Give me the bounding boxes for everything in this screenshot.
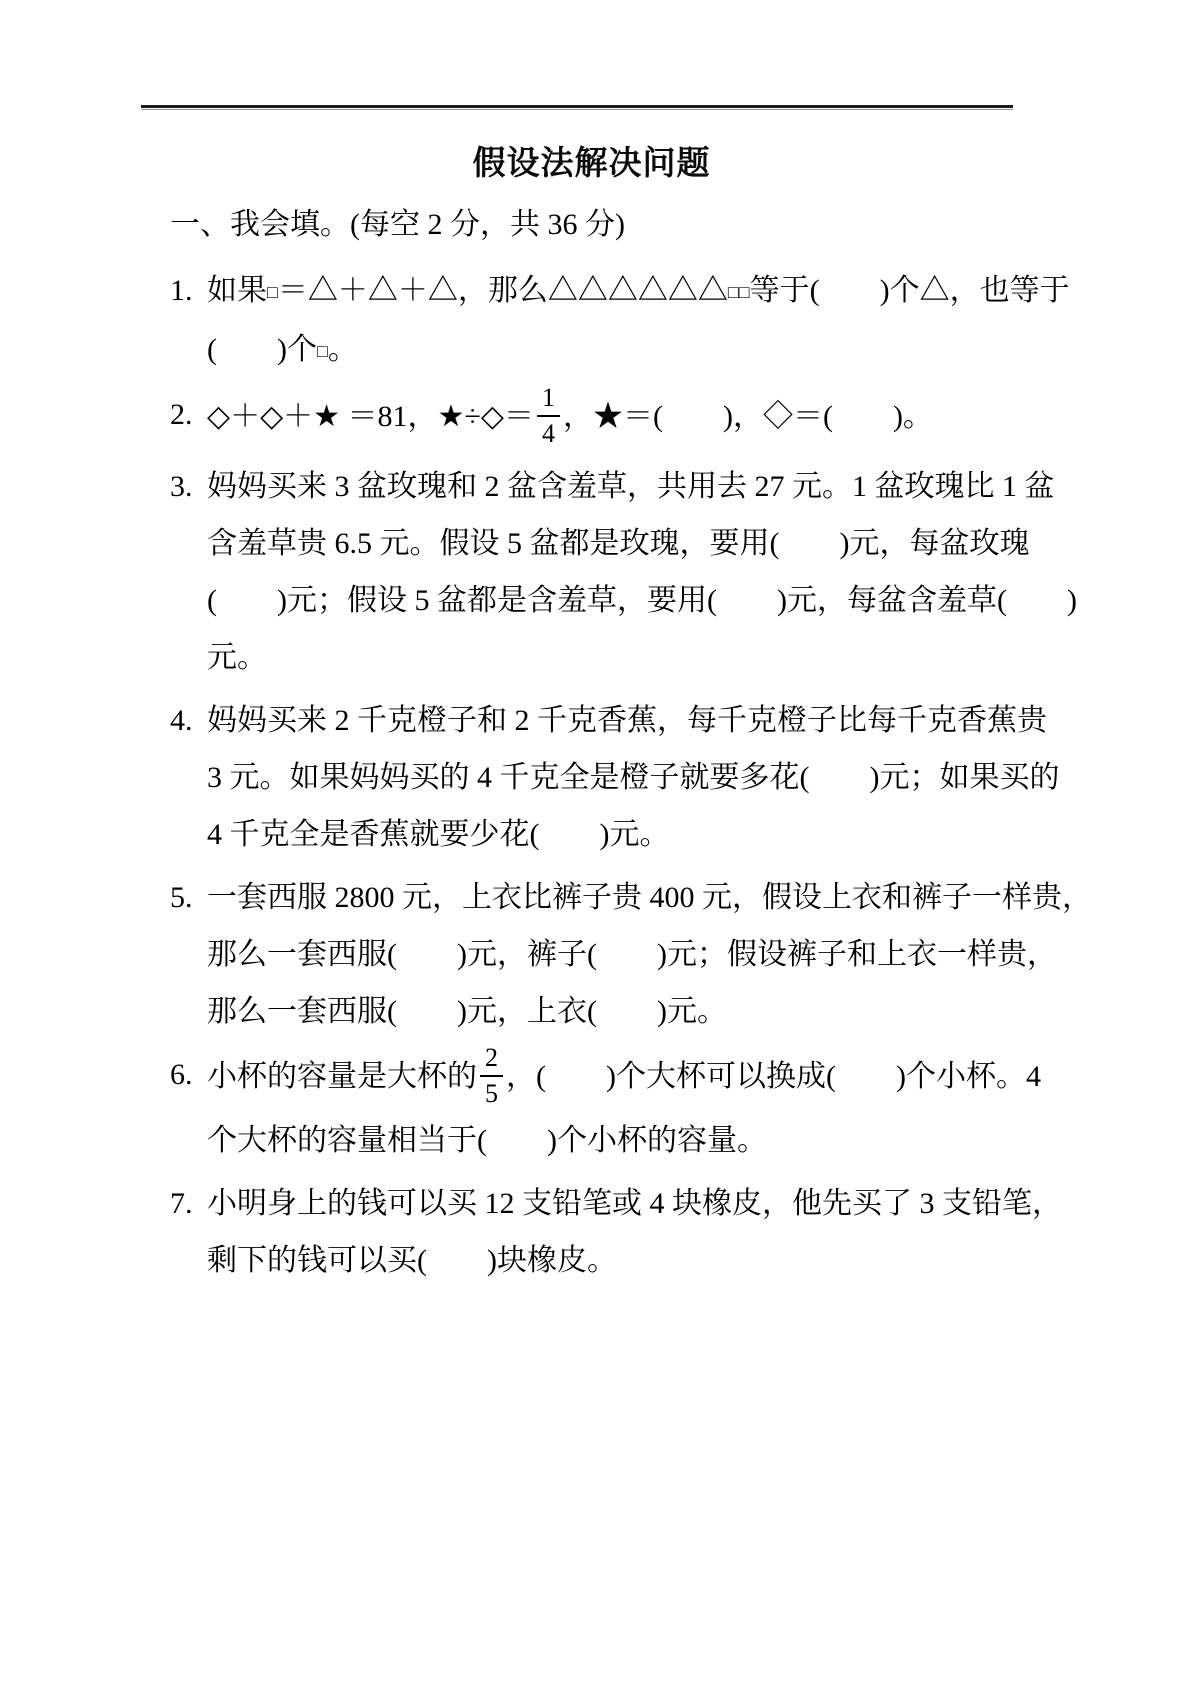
question-line: 那么一套西服( )元，裤子( )元；假设裤子和上衣一样贵， — [207, 926, 1013, 983]
question-line: 含羞草贵 6.5 元。假设 5 盆都是玫瑰，要用( )元，每盆玫瑰 — [207, 515, 1013, 572]
question-number: 5. — [170, 869, 207, 1040]
question-text: ( )个 — [207, 333, 317, 366]
question-number: 7. — [170, 1175, 207, 1289]
question-number: 1. — [170, 262, 207, 380]
question-line: 3 元。如果妈妈买的 4 千克全是橙子就要多花( )元；如果买的 — [207, 749, 1013, 806]
question-text: 元。 — [207, 641, 267, 674]
question-text: 等于( )个△，也等于 — [750, 274, 1070, 307]
question: 6.小杯的容量是大杯的25，( )个大杯可以换成( )个小杯。4个大杯的容量相当… — [170, 1046, 1013, 1169]
question-text: 个大杯的容量相当于( )个小杯的容量。 — [207, 1124, 767, 1157]
question-line: 如果□＝△＋△＋△，那么△△△△△△□□等于( )个△，也等于 — [207, 262, 1013, 321]
question-text: 那么一套西服( )元，上衣( )元。 — [207, 995, 727, 1028]
worksheet-page: 假设法解决问题 一、我会填。(每空 2 分，共 36 分) 1.如果□＝△＋△＋… — [0, 0, 1191, 1684]
question-number: 3. — [170, 458, 207, 686]
question-text: 妈妈买来 2 千克橙子和 2 千克香蕉，每千克橙子比每千克香蕉贵 — [207, 704, 1047, 737]
question: 1.如果□＝△＋△＋△，那么△△△△△△□□等于( )个△，也等于( )个□。 — [170, 262, 1013, 380]
question: 7.小明身上的钱可以买 12 支铅笔或 4 块橡皮，他先买了 3 支铅笔，剩下的… — [170, 1175, 1013, 1289]
question-text: ＝△＋△＋△，那么△△△△△△ — [278, 274, 728, 307]
question-text: 。 — [328, 333, 358, 366]
question-text: 如果 — [207, 274, 267, 307]
question-line: 一套西服 2800 元，上衣比裤子贵 400 元，假设上衣和裤子一样贵， — [207, 869, 1013, 926]
fraction: 14 — [537, 383, 560, 449]
fraction-numerator: 1 — [537, 383, 560, 415]
question-text: 剩下的钱可以买( )块橡皮。 — [207, 1244, 617, 1277]
question-body: 小杯的容量是大杯的25，( )个大杯可以换成( )个小杯。4个大杯的容量相当于(… — [207, 1046, 1013, 1169]
question-text: 含羞草贵 6.5 元。假设 5 盆都是玫瑰，要用( )元，每盆玫瑰 — [207, 527, 1029, 560]
question-line: ◇＋◇＋★ ＝81，★÷◇＝14，★＝( )，◇＝( )。 — [207, 386, 1013, 452]
question-body: 如果□＝△＋△＋△，那么△△△△△△□□等于( )个△，也等于( )个□。 — [207, 262, 1013, 380]
question-text: ，( )个大杯可以换成( )个小杯。4 — [506, 1060, 1041, 1093]
question-text: ◇＋◇＋★ ＝81，★÷◇＝ — [207, 400, 534, 433]
header-rule — [141, 105, 1013, 110]
small-square-symbol: □ — [739, 282, 750, 302]
page-title: 假设法解决问题 — [170, 140, 1013, 186]
fraction-denominator: 5 — [480, 1075, 503, 1109]
question-text: ( )元；假设 5 盆都是含羞草，要用( )元，每盆含羞草( ) — [207, 584, 1077, 617]
fraction: 25 — [480, 1043, 503, 1109]
small-square-symbol: □ — [267, 282, 278, 302]
question-line: 小杯的容量是大杯的25，( )个大杯可以换成( )个小杯。4 — [207, 1046, 1013, 1112]
fraction-denominator: 4 — [537, 415, 560, 449]
question-text: ，★＝( )，◇＝( )。 — [563, 400, 933, 433]
small-square-symbol: □ — [728, 282, 739, 302]
question-list: 1.如果□＝△＋△＋△，那么△△△△△△□□等于( )个△，也等于( )个□。2… — [170, 262, 1013, 1289]
question-line: 妈妈买来 3 盆玫瑰和 2 盆含羞草，共用去 27 元。1 盆玫瑰比 1 盆 — [207, 458, 1013, 515]
question-body: ◇＋◇＋★ ＝81，★÷◇＝14，★＝( )，◇＝( )。 — [207, 386, 1013, 452]
question-line: 那么一套西服( )元，上衣( )元。 — [207, 983, 1013, 1040]
section-heading: 一、我会填。(每空 2 分，共 36 分) — [170, 202, 1013, 248]
question-text: 妈妈买来 3 盆玫瑰和 2 盆含羞草，共用去 27 元。1 盆玫瑰比 1 盆 — [207, 470, 1055, 503]
question-text: 3 元。如果妈妈买的 4 千克全是橙子就要多花( )元；如果买的 — [207, 761, 1059, 794]
question-body: 小明身上的钱可以买 12 支铅笔或 4 块橡皮，他先买了 3 支铅笔，剩下的钱可… — [207, 1175, 1013, 1289]
question-line: ( )元；假设 5 盆都是含羞草，要用( )元，每盆含羞草( ) — [207, 572, 1013, 629]
question: 5.一套西服 2800 元，上衣比裤子贵 400 元，假设上衣和裤子一样贵，那么… — [170, 869, 1013, 1040]
fraction-numerator: 2 — [480, 1043, 503, 1075]
question-line: 元。 — [207, 629, 1013, 686]
question-text: 小杯的容量是大杯的 — [207, 1060, 477, 1093]
question-line: 4 千克全是香蕉就要少花( )元。 — [207, 806, 1013, 863]
question-number: 2. — [170, 386, 207, 452]
question-body: 妈妈买来 3 盆玫瑰和 2 盆含羞草，共用去 27 元。1 盆玫瑰比 1 盆含羞… — [207, 458, 1013, 686]
question: 3.妈妈买来 3 盆玫瑰和 2 盆含羞草，共用去 27 元。1 盆玫瑰比 1 盆… — [170, 458, 1013, 686]
question: 4.妈妈买来 2 千克橙子和 2 千克香蕉，每千克橙子比每千克香蕉贵3 元。如果… — [170, 692, 1013, 863]
question-line: 个大杯的容量相当于( )个小杯的容量。 — [207, 1112, 1013, 1169]
small-square-symbol: □ — [317, 341, 328, 361]
question-line: 剩下的钱可以买( )块橡皮。 — [207, 1232, 1013, 1289]
question-text: 一套西服 2800 元，上衣比裤子贵 400 元，假设上衣和裤子一样贵， — [207, 881, 1092, 914]
question-text: 4 千克全是香蕉就要少花( )元。 — [207, 818, 669, 851]
question-text: 小明身上的钱可以买 12 支铅笔或 4 块橡皮，他先买了 3 支铅笔， — [207, 1187, 1062, 1220]
question-body: 一套西服 2800 元，上衣比裤子贵 400 元，假设上衣和裤子一样贵，那么一套… — [207, 869, 1013, 1040]
question-number: 6. — [170, 1046, 207, 1169]
question-text: 那么一套西服( )元，裤子( )元；假设裤子和上衣一样贵， — [207, 938, 1057, 971]
question: 2.◇＋◇＋★ ＝81，★÷◇＝14，★＝( )，◇＝( )。 — [170, 386, 1013, 452]
question-line: 妈妈买来 2 千克橙子和 2 千克香蕉，每千克橙子比每千克香蕉贵 — [207, 692, 1013, 749]
question-line: 小明身上的钱可以买 12 支铅笔或 4 块橡皮，他先买了 3 支铅笔， — [207, 1175, 1013, 1232]
question-body: 妈妈买来 2 千克橙子和 2 千克香蕉，每千克橙子比每千克香蕉贵3 元。如果妈妈… — [207, 692, 1013, 863]
question-number: 4. — [170, 692, 207, 863]
question-line: ( )个□。 — [207, 321, 1013, 380]
